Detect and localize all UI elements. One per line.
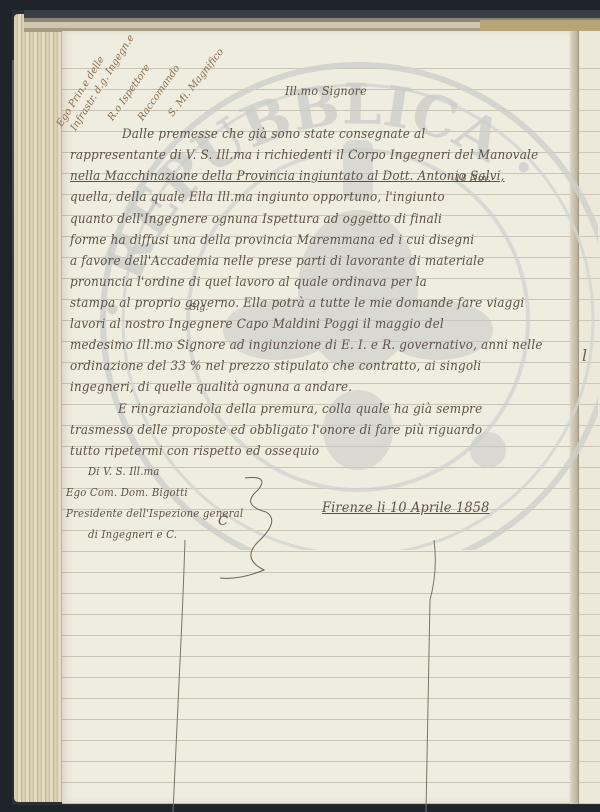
closing-line: trasmesso delle proposte ed obbligato l'… <box>70 423 482 438</box>
body-line: Dalle premesse che già sono state conseg… <box>122 127 425 142</box>
manuscript-page <box>62 31 570 804</box>
page-crack-right <box>412 540 442 812</box>
body-line: forme ha diffusi una della provincia Mar… <box>70 233 474 248</box>
body-line: stampa al proprio governo. Ella potrà a … <box>70 296 524 311</box>
page-crack-left <box>165 540 195 812</box>
body-line: a favore dell'Accademia nelle prese part… <box>70 254 484 269</box>
salutation: Ill.mo Signore <box>285 84 367 98</box>
page-gutter <box>570 31 578 804</box>
signature-flourish <box>180 470 280 590</box>
top-page-edge <box>24 10 600 32</box>
body-line: quanto dell'Ingegnere ognuna Ispettura a… <box>70 212 442 227</box>
body-line: ordinazione del 33 % nel prezzo stipulat… <box>70 359 481 374</box>
next-page-edge: l <box>578 31 600 804</box>
body-line: nella Macchinazione della Provincia ingi… <box>70 169 505 184</box>
body-line: rappresentante di V. S. Ill.ma i richied… <box>70 148 538 163</box>
page-stack-edges <box>14 14 62 802</box>
closing-line: tutto ripetermi con rispetto ed ossequio <box>70 444 319 459</box>
body-line: lavori al nostro Ingegnere Capo Maldini … <box>70 317 444 332</box>
body-line: quella, della quale Ella Ill.ma ingiunto… <box>70 190 445 205</box>
closing-line: E ringraziandola della premura, colla qu… <box>118 402 482 417</box>
place-date: Firenze li 10 Aprile 1858 <box>322 500 489 516</box>
body-line: medesimo Ill.mo Signore ad ingiunzione d… <box>70 338 543 353</box>
body-line: ingegneri, di quelle qualità ognuna a an… <box>70 380 352 395</box>
superscript: Sig. <box>190 303 208 313</box>
body-line: pronuncia l'ordine di quel lavoro al qua… <box>70 275 427 290</box>
superscript: 18 Nov. <box>455 174 491 184</box>
